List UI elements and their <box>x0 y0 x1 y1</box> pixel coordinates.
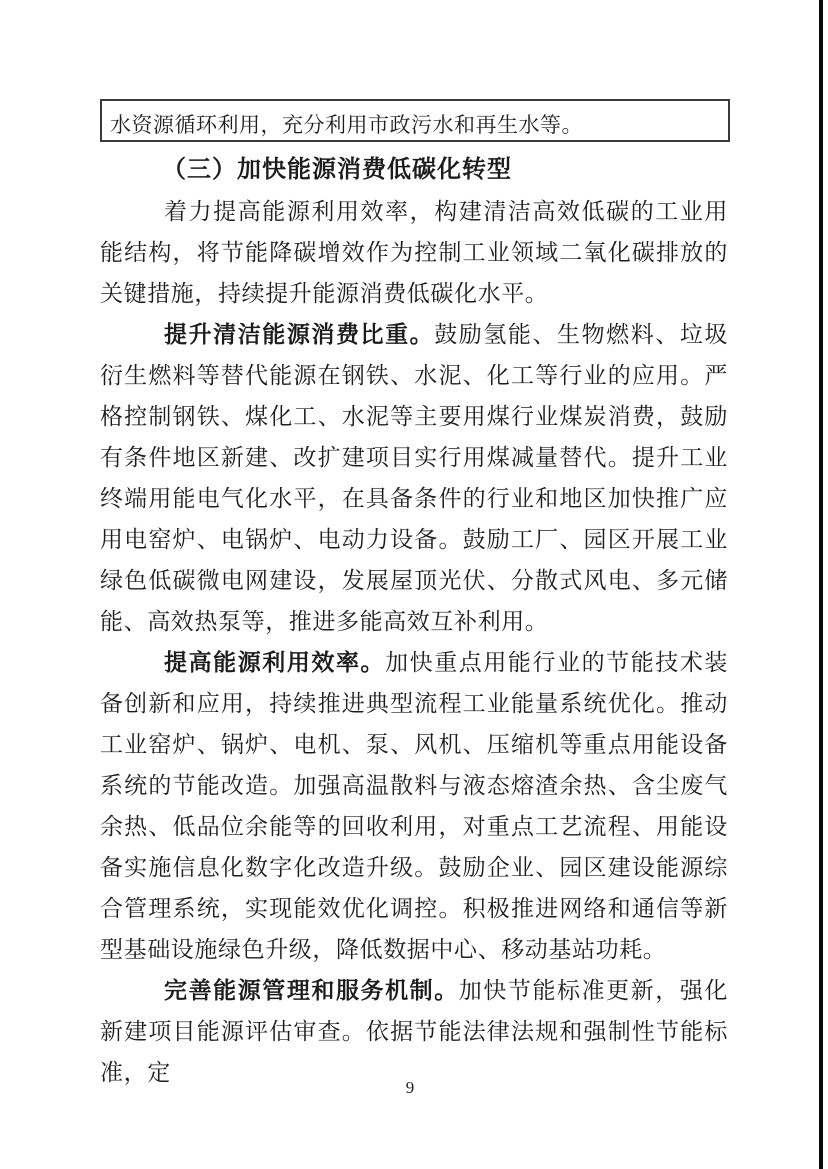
paragraph-lead: 完善能源管理和服务机制。 <box>164 978 459 1003</box>
section-heading: （三）加快能源消费低碳化转型 <box>100 150 728 191</box>
callout-box: 水资源循环利用，充分利用市政污水和再生水等。 <box>100 99 730 142</box>
document-page: 水资源循环利用，充分利用市政污水和再生水等。 （三）加快能源消费低碳化转型 着力… <box>0 0 828 1169</box>
paragraph-lead: 提高能源利用效率。 <box>164 650 385 675</box>
paragraph-text: 着力提高能源利用效率，构建清洁高效低碳的工业用能结构，将节能降碳增效作为控制工业… <box>100 199 728 306</box>
paragraph: 完善能源管理和服务机制。加快节能标准更新，强化新建项目能源评估审查。依据节能法律… <box>100 970 728 1093</box>
paragraph-lead: 提升清洁能源消费比重。 <box>164 322 434 347</box>
paragraph: 提高能源利用效率。加快重点用能行业的节能技术装备创新和应用，持续推进典型流程工业… <box>100 642 728 970</box>
paragraph-text: 加快重点用能行业的节能技术装备创新和应用，持续推进典型流程工业能量系统优化。推动… <box>100 650 728 962</box>
paragraph: 提升清洁能源消费比重。鼓励氢能、生物燃料、垃圾衍生燃料等替代能源在钢铁、水泥、化… <box>100 314 728 642</box>
document-body: （三）加快能源消费低碳化转型 着力提高能源利用效率，构建清洁高效低碳的工业用能结… <box>100 150 728 1093</box>
paragraph: 着力提高能源利用效率，构建清洁高效低碳的工业用能结构，将节能降碳增效作为控制工业… <box>100 191 728 314</box>
page-number: 9 <box>0 1078 820 1098</box>
callout-text: 水资源循环利用，充分利用市政污水和再生水等。 <box>110 113 583 137</box>
paragraph-text: 鼓励氢能、生物燃料、垃圾衍生燃料等替代能源在钢铁、水泥、化工等行业的应用。严格控… <box>100 322 728 634</box>
page-edge-line <box>819 0 823 1169</box>
